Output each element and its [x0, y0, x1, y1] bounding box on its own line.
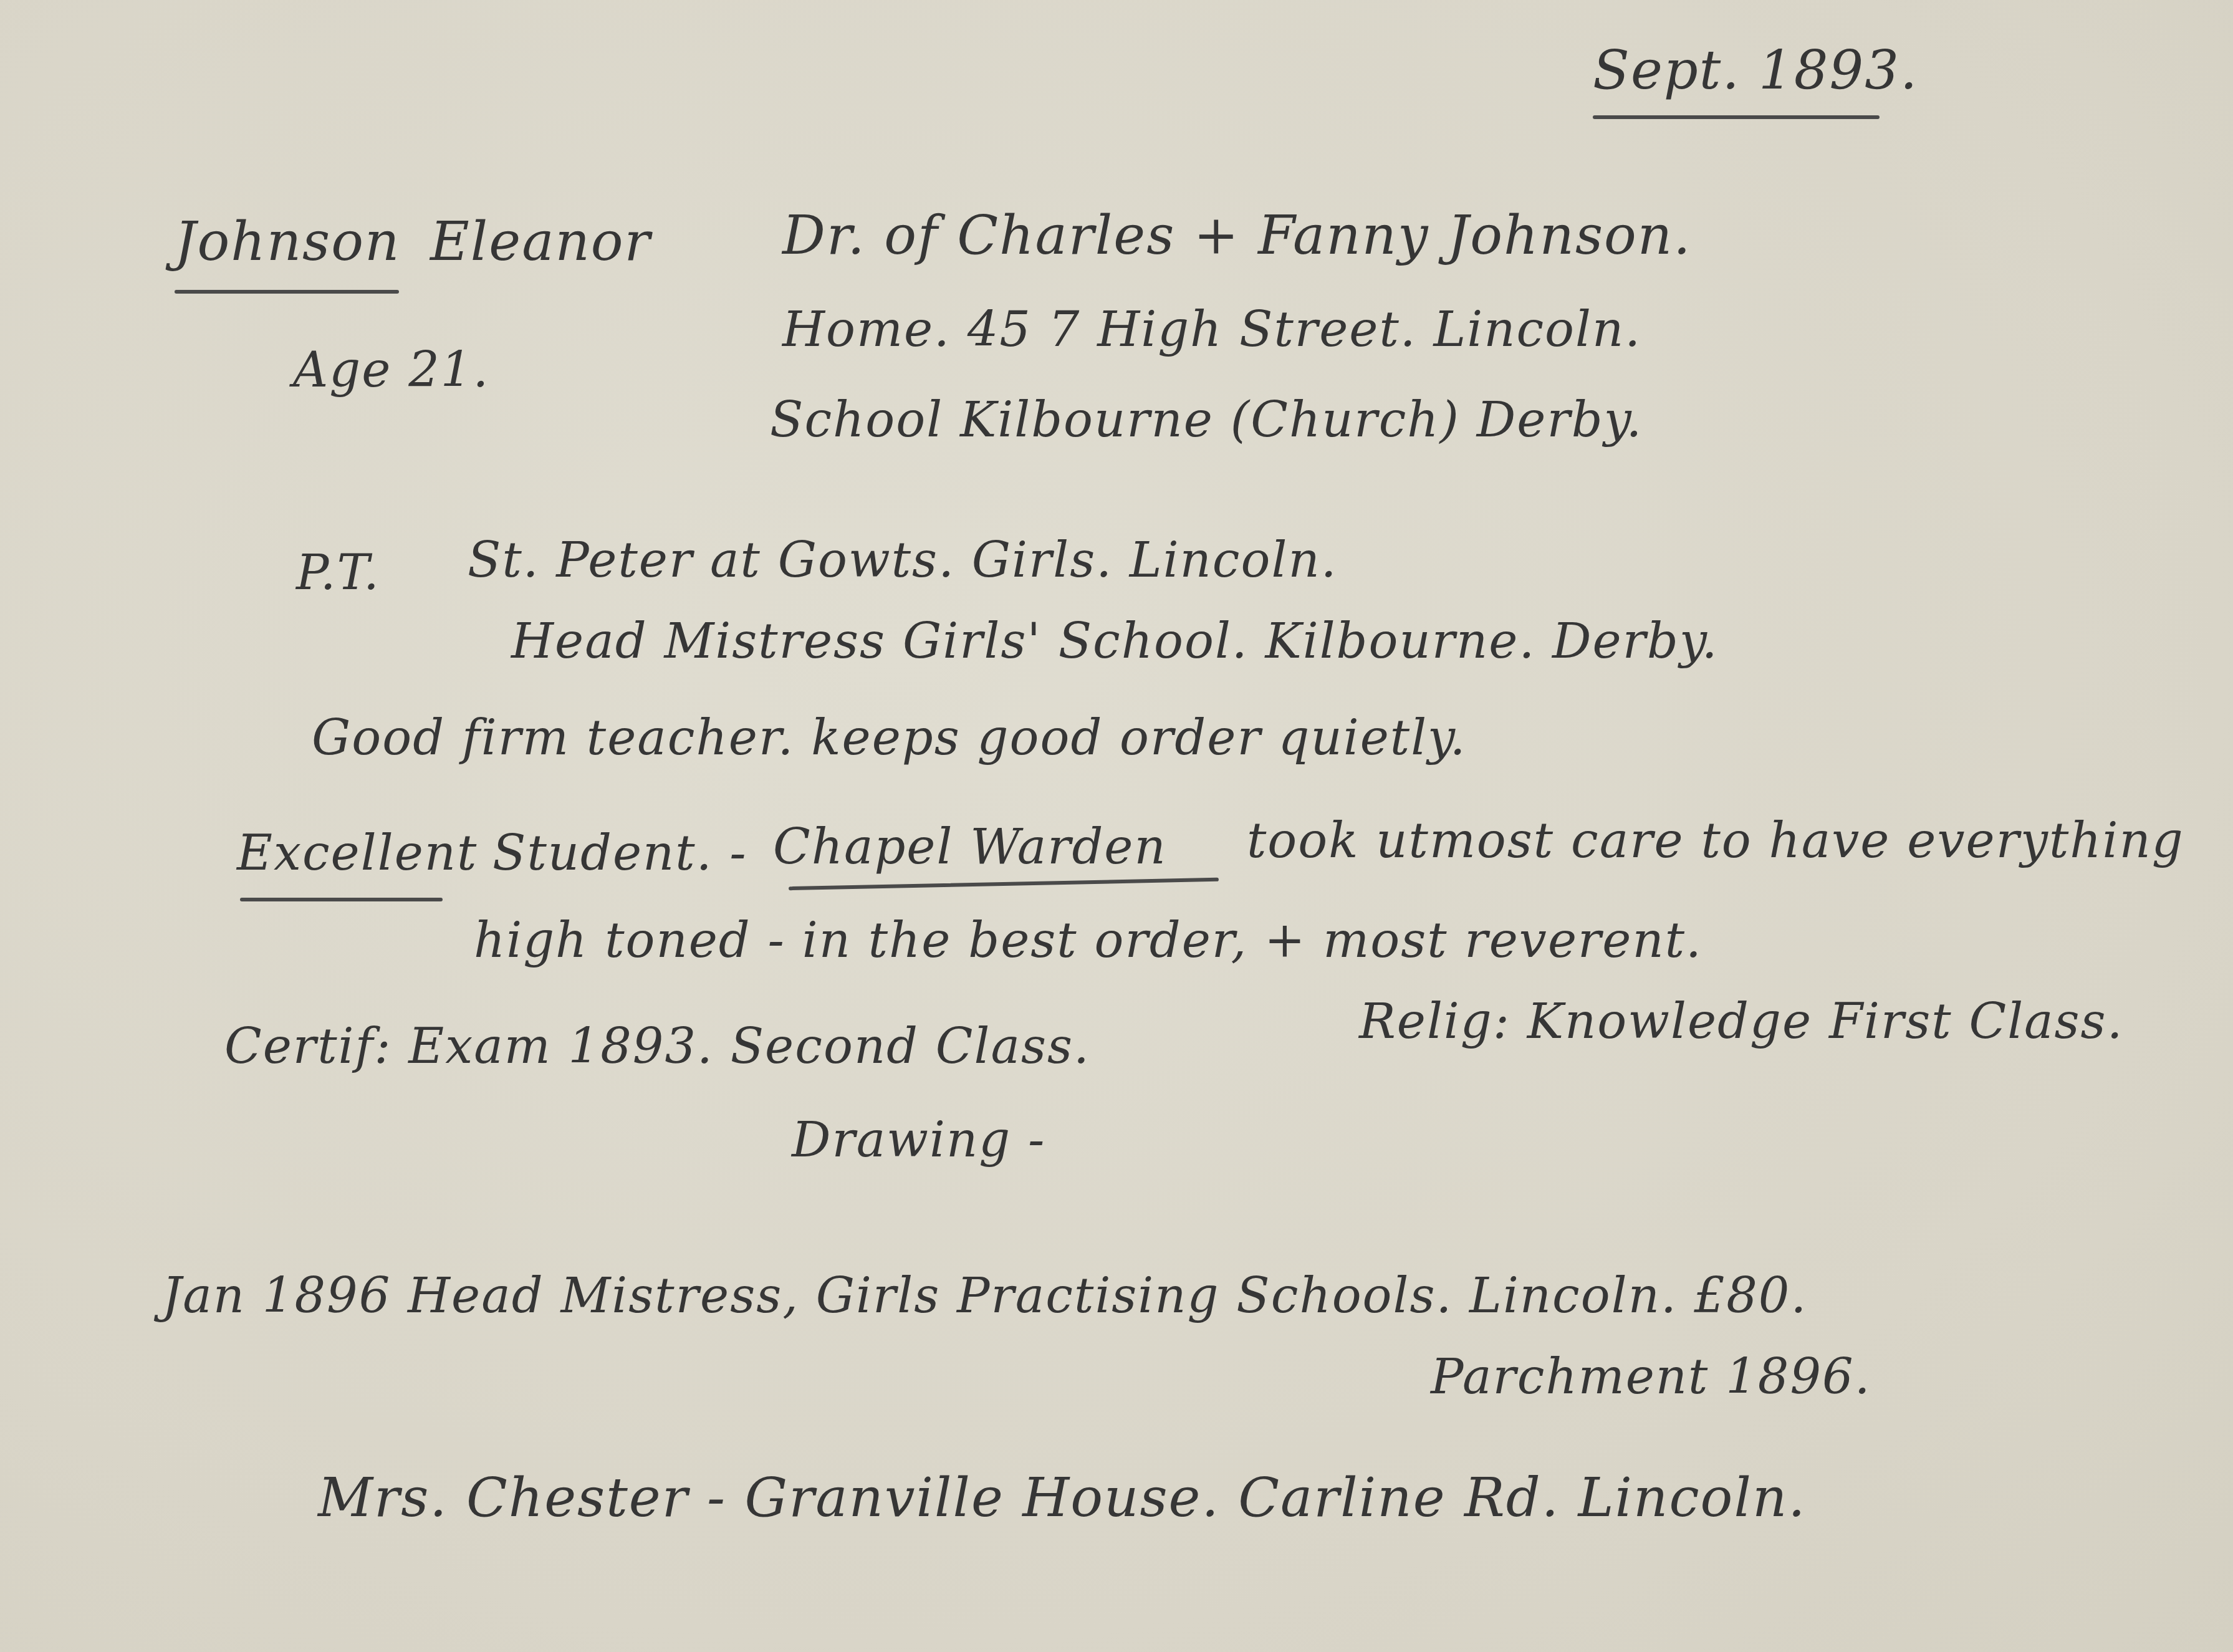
- home-address: Home. 45 7 High Street. Lincoln.: [782, 305, 1641, 354]
- age: Age 21.: [293, 346, 489, 395]
- pupil-teacher-place: St. Peter at Gowts. Girls. Lincoln.: [468, 536, 1337, 585]
- remark-student-rest: took utmost care to have everything: [1247, 817, 2184, 865]
- religious-knowledge: Relig: Knowledge First Class.: [1359, 997, 2123, 1046]
- date-heading-underline: [1593, 115, 1880, 119]
- teacher-remark: Good firm teacher. keeps good order quie…: [312, 714, 1467, 762]
- date-heading: Sept. 1893.: [1593, 44, 1918, 97]
- parchment: Parchment 1896.: [1431, 1353, 1871, 1401]
- excellent-underline: [240, 898, 443, 901]
- lodging-address: Mrs. Chester - Granville House. Carline …: [318, 1471, 1807, 1525]
- given-name: Eleanor: [430, 215, 651, 269]
- appointment: Jan 1896 Head Mistress, Girls Practising…: [162, 1272, 1807, 1320]
- head-mistress-reference: Head Mistress Girls' School. Kilbourne. …: [511, 617, 1718, 666]
- remark-student: Student. -: [492, 829, 747, 878]
- surname-underline: [175, 290, 399, 294]
- parentage: Dr. of Charles + Fanny Johnson.: [782, 209, 1692, 262]
- remark-excellent: Excellent: [237, 829, 478, 878]
- pupil-teacher-label: P.T.: [296, 549, 380, 597]
- remark-student-continued: high toned - in the best order, + most r…: [474, 916, 1702, 965]
- surname: Johnson: [175, 215, 400, 269]
- remark-chapel-warden: Chapel Warden: [773, 823, 1167, 872]
- drawing: Drawing -: [792, 1116, 1045, 1165]
- certificate-exam: Certif: Exam 1893. Second Class.: [224, 1022, 1090, 1071]
- manuscript-page: Sept. 1893. Johnson Eleanor Dr. of Charl…: [0, 0, 2233, 1652]
- school: School Kilbourne (Church) Derby.: [770, 396, 1643, 444]
- chapel-warden-underline: [789, 878, 1219, 890]
